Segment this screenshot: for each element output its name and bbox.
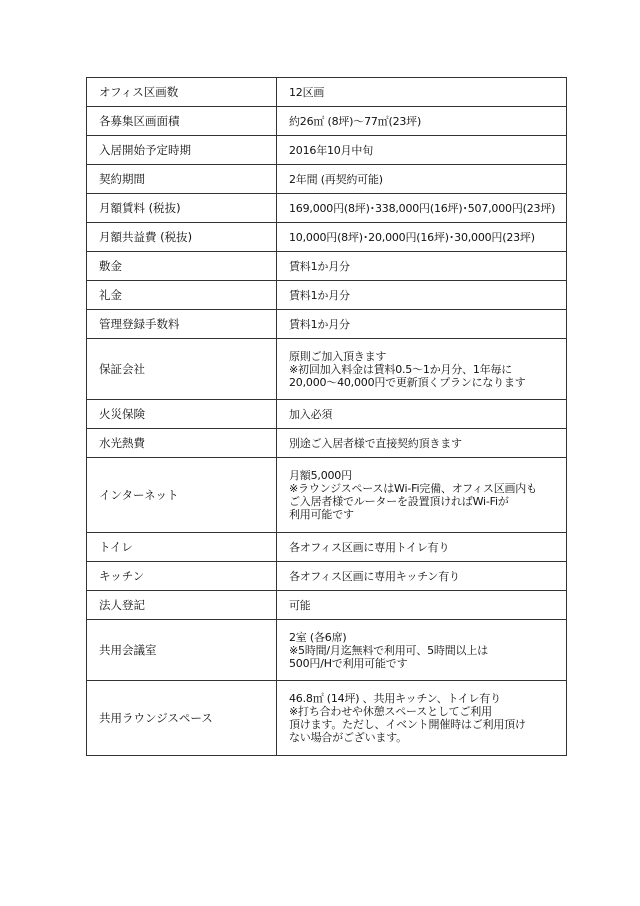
- row-deposit: 敷金 賃料1か月分: [87, 252, 567, 281]
- value-lounge-space: 46.8㎡ (14坪) 、共用キッチン、トイレ有り ※打ち合わせや休憩スペースと…: [277, 681, 567, 756]
- value-kitchen: 各オフィス区画に専用キッチン有り: [277, 562, 567, 591]
- row-key-money: 礼金 賃料1か月分: [87, 281, 567, 310]
- value-meeting-room: 2室 (各6席) ※5時間/月迄無料で利用可、5時間以上は 500円/Hで利用可…: [277, 620, 567, 681]
- value-move-in-date: 2016年10月中旬: [277, 136, 567, 165]
- value-utilities: 別途ご入居者様で直接契約頂きます: [277, 429, 567, 458]
- value-fire-insurance: 加入必須: [277, 400, 567, 429]
- row-lounge-space: 共用ラウンジスペース 46.8㎡ (14坪) 、共用キッチン、トイレ有り ※打ち…: [87, 681, 567, 756]
- label-internet: インターネット: [87, 458, 277, 533]
- label-corporate-registration: 法人登記: [87, 591, 277, 620]
- label-lounge-space: 共用ラウンジスペース: [87, 681, 277, 756]
- label-common-fee: 月額共益費 (税抜): [87, 223, 277, 252]
- value-corporate-registration: 可能: [277, 591, 567, 620]
- row-office-units: オフィス区画数 12区画: [87, 78, 567, 107]
- label-fire-insurance: 火災保険: [87, 400, 277, 429]
- label-deposit: 敷金: [87, 252, 277, 281]
- row-unit-area: 各募集区画面積 約26㎡ (8坪)～77㎡(23坪): [87, 107, 567, 136]
- label-office-units: オフィス区画数: [87, 78, 277, 107]
- value-office-units: 12区画: [277, 78, 567, 107]
- label-utilities: 水光熱費: [87, 429, 277, 458]
- row-internet: インターネット 月額5,000円 ※ラウンジスペースはWi-Fi完備、オフィス区…: [87, 458, 567, 533]
- row-utilities: 水光熱費 別途ご入居者様で直接契約頂きます: [87, 429, 567, 458]
- label-move-in-date: 入居開始予定時期: [87, 136, 277, 165]
- label-admin-fee: 管理登録手数料: [87, 310, 277, 339]
- row-kitchen: キッチン 各オフィス区画に専用キッチン有り: [87, 562, 567, 591]
- value-unit-area: 約26㎡ (8坪)～77㎡(23坪): [277, 107, 567, 136]
- value-toilet: 各オフィス区画に専用トイレ有り: [277, 533, 567, 562]
- row-meeting-room: 共用会議室 2室 (各6席) ※5時間/月迄無料で利用可、5時間以上は 500円…: [87, 620, 567, 681]
- row-contract-period: 契約期間 2年間 (再契約可能): [87, 165, 567, 194]
- value-deposit: 賃料1か月分: [277, 252, 567, 281]
- label-kitchen: キッチン: [87, 562, 277, 591]
- office-spec-table: オフィス区画数 12区画 各募集区画面積 約26㎡ (8坪)～77㎡(23坪) …: [86, 77, 567, 756]
- value-contract-period: 2年間 (再契約可能): [277, 165, 567, 194]
- row-guarantee-company: 保証会社 原則ご加入頂きます ※初回加入料金は賃料0.5～1か月分、1年毎に 2…: [87, 339, 567, 400]
- value-monthly-rent: 169,000円(8坪)･338,000円(16坪)･507,000円(23坪): [277, 194, 567, 223]
- row-monthly-rent: 月額賃料 (税抜) 169,000円(8坪)･338,000円(16坪)･507…: [87, 194, 567, 223]
- row-toilet: トイレ 各オフィス区画に専用トイレ有り: [87, 533, 567, 562]
- value-common-fee: 10,000円(8坪)･20,000円(16坪)･30,000円(23坪): [277, 223, 567, 252]
- label-key-money: 礼金: [87, 281, 277, 310]
- row-fire-insurance: 火災保険 加入必須: [87, 400, 567, 429]
- label-unit-area: 各募集区画面積: [87, 107, 277, 136]
- label-guarantee-company: 保証会社: [87, 339, 277, 400]
- row-admin-fee: 管理登録手数料 賃料1か月分: [87, 310, 567, 339]
- value-key-money: 賃料1か月分: [277, 281, 567, 310]
- row-move-in-date: 入居開始予定時期 2016年10月中旬: [87, 136, 567, 165]
- value-admin-fee: 賃料1か月分: [277, 310, 567, 339]
- row-common-fee: 月額共益費 (税抜) 10,000円(8坪)･20,000円(16坪)･30,0…: [87, 223, 567, 252]
- value-guarantee-company: 原則ご加入頂きます ※初回加入料金は賃料0.5～1か月分、1年毎に 20,000…: [277, 339, 567, 400]
- row-corporate-registration: 法人登記 可能: [87, 591, 567, 620]
- label-contract-period: 契約期間: [87, 165, 277, 194]
- label-meeting-room: 共用会議室: [87, 620, 277, 681]
- label-toilet: トイレ: [87, 533, 277, 562]
- label-monthly-rent: 月額賃料 (税抜): [87, 194, 277, 223]
- value-internet: 月額5,000円 ※ラウンジスペースはWi-Fi完備、オフィス区画内も ご入居者…: [277, 458, 567, 533]
